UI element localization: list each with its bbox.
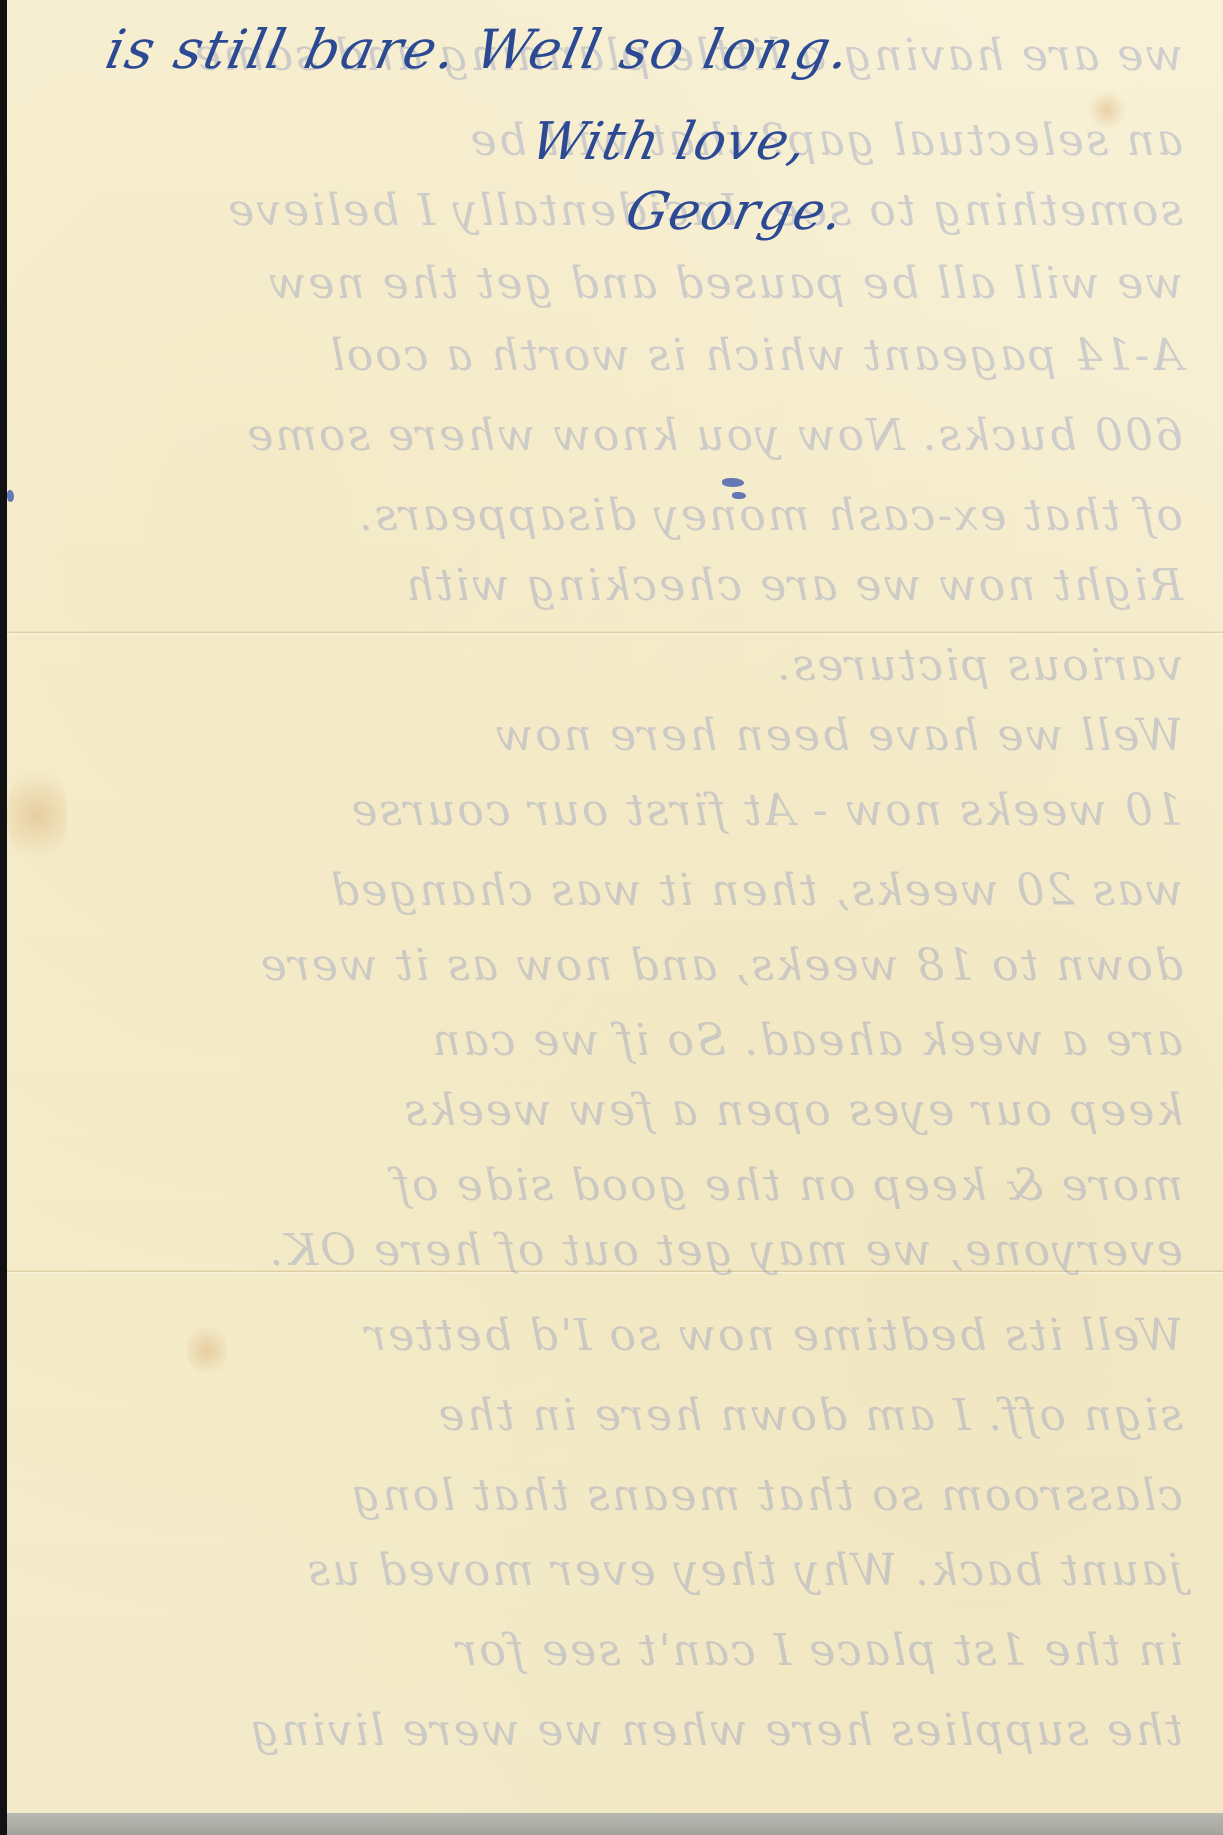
bleed-through-line: 600 bucks. Now you know where some	[47, 410, 1183, 461]
bleed-through-line: keep our eyes open a few weeks	[47, 1085, 1183, 1136]
bleed-through-line: Right now we are checking with	[47, 560, 1183, 611]
bleed-through-line: are a week ahead. So if we can	[47, 1015, 1183, 1066]
bleed-through-line: everyone, we may get out of here OK.	[47, 1225, 1183, 1276]
bleed-through-line: in the 1st place I can't see for	[47, 1625, 1183, 1676]
bleed-through-line: 10 weeks now - At first our course	[47, 785, 1183, 836]
bleed-through-line: the supplies here when we were living	[47, 1705, 1183, 1756]
bleed-through-line: we will all be paused and get the new	[47, 258, 1183, 309]
ink-blot	[722, 478, 744, 487]
bleed-through-line: various pictures.	[47, 640, 1183, 691]
scan-bed-bottom	[7, 1813, 1223, 1835]
bleed-through-line: more & keep on the good side of	[47, 1160, 1183, 1211]
bleed-through-line: down to 18 weeks, and now as it were	[47, 940, 1183, 991]
fold-crease-upper	[7, 631, 1223, 635]
bleed-through-line: of that ex-cash money disappears.	[47, 490, 1183, 541]
closing-salutation: With love,	[526, 112, 813, 172]
letter-page: we are having a little planning and some…	[7, 0, 1223, 1813]
bleed-through-line: A-14 pageant which is worth a cool	[47, 330, 1183, 381]
bleed-through-line: classroom so that means that long	[47, 1470, 1183, 1521]
bleed-through-line: jaunt back. Why they ever moved us	[47, 1545, 1183, 1596]
bleed-through-line: Well we have been here now	[47, 710, 1183, 761]
bleed-through-line: Well its bedtime now so I'd better	[47, 1310, 1183, 1361]
bleed-through-line: something to see. Incidentally I believe	[47, 185, 1183, 236]
bleed-through-line: sign off. I am down here in the	[47, 1390, 1183, 1441]
closing-text-line: is still bare. Well so long.	[100, 18, 857, 81]
scan-edge-left	[0, 0, 7, 1835]
signature: George.	[621, 182, 850, 242]
ink-blot	[732, 492, 746, 499]
ink-blot-edge	[7, 490, 14, 502]
bleed-through-line: was 20 weeks, then it was changed	[47, 865, 1183, 916]
